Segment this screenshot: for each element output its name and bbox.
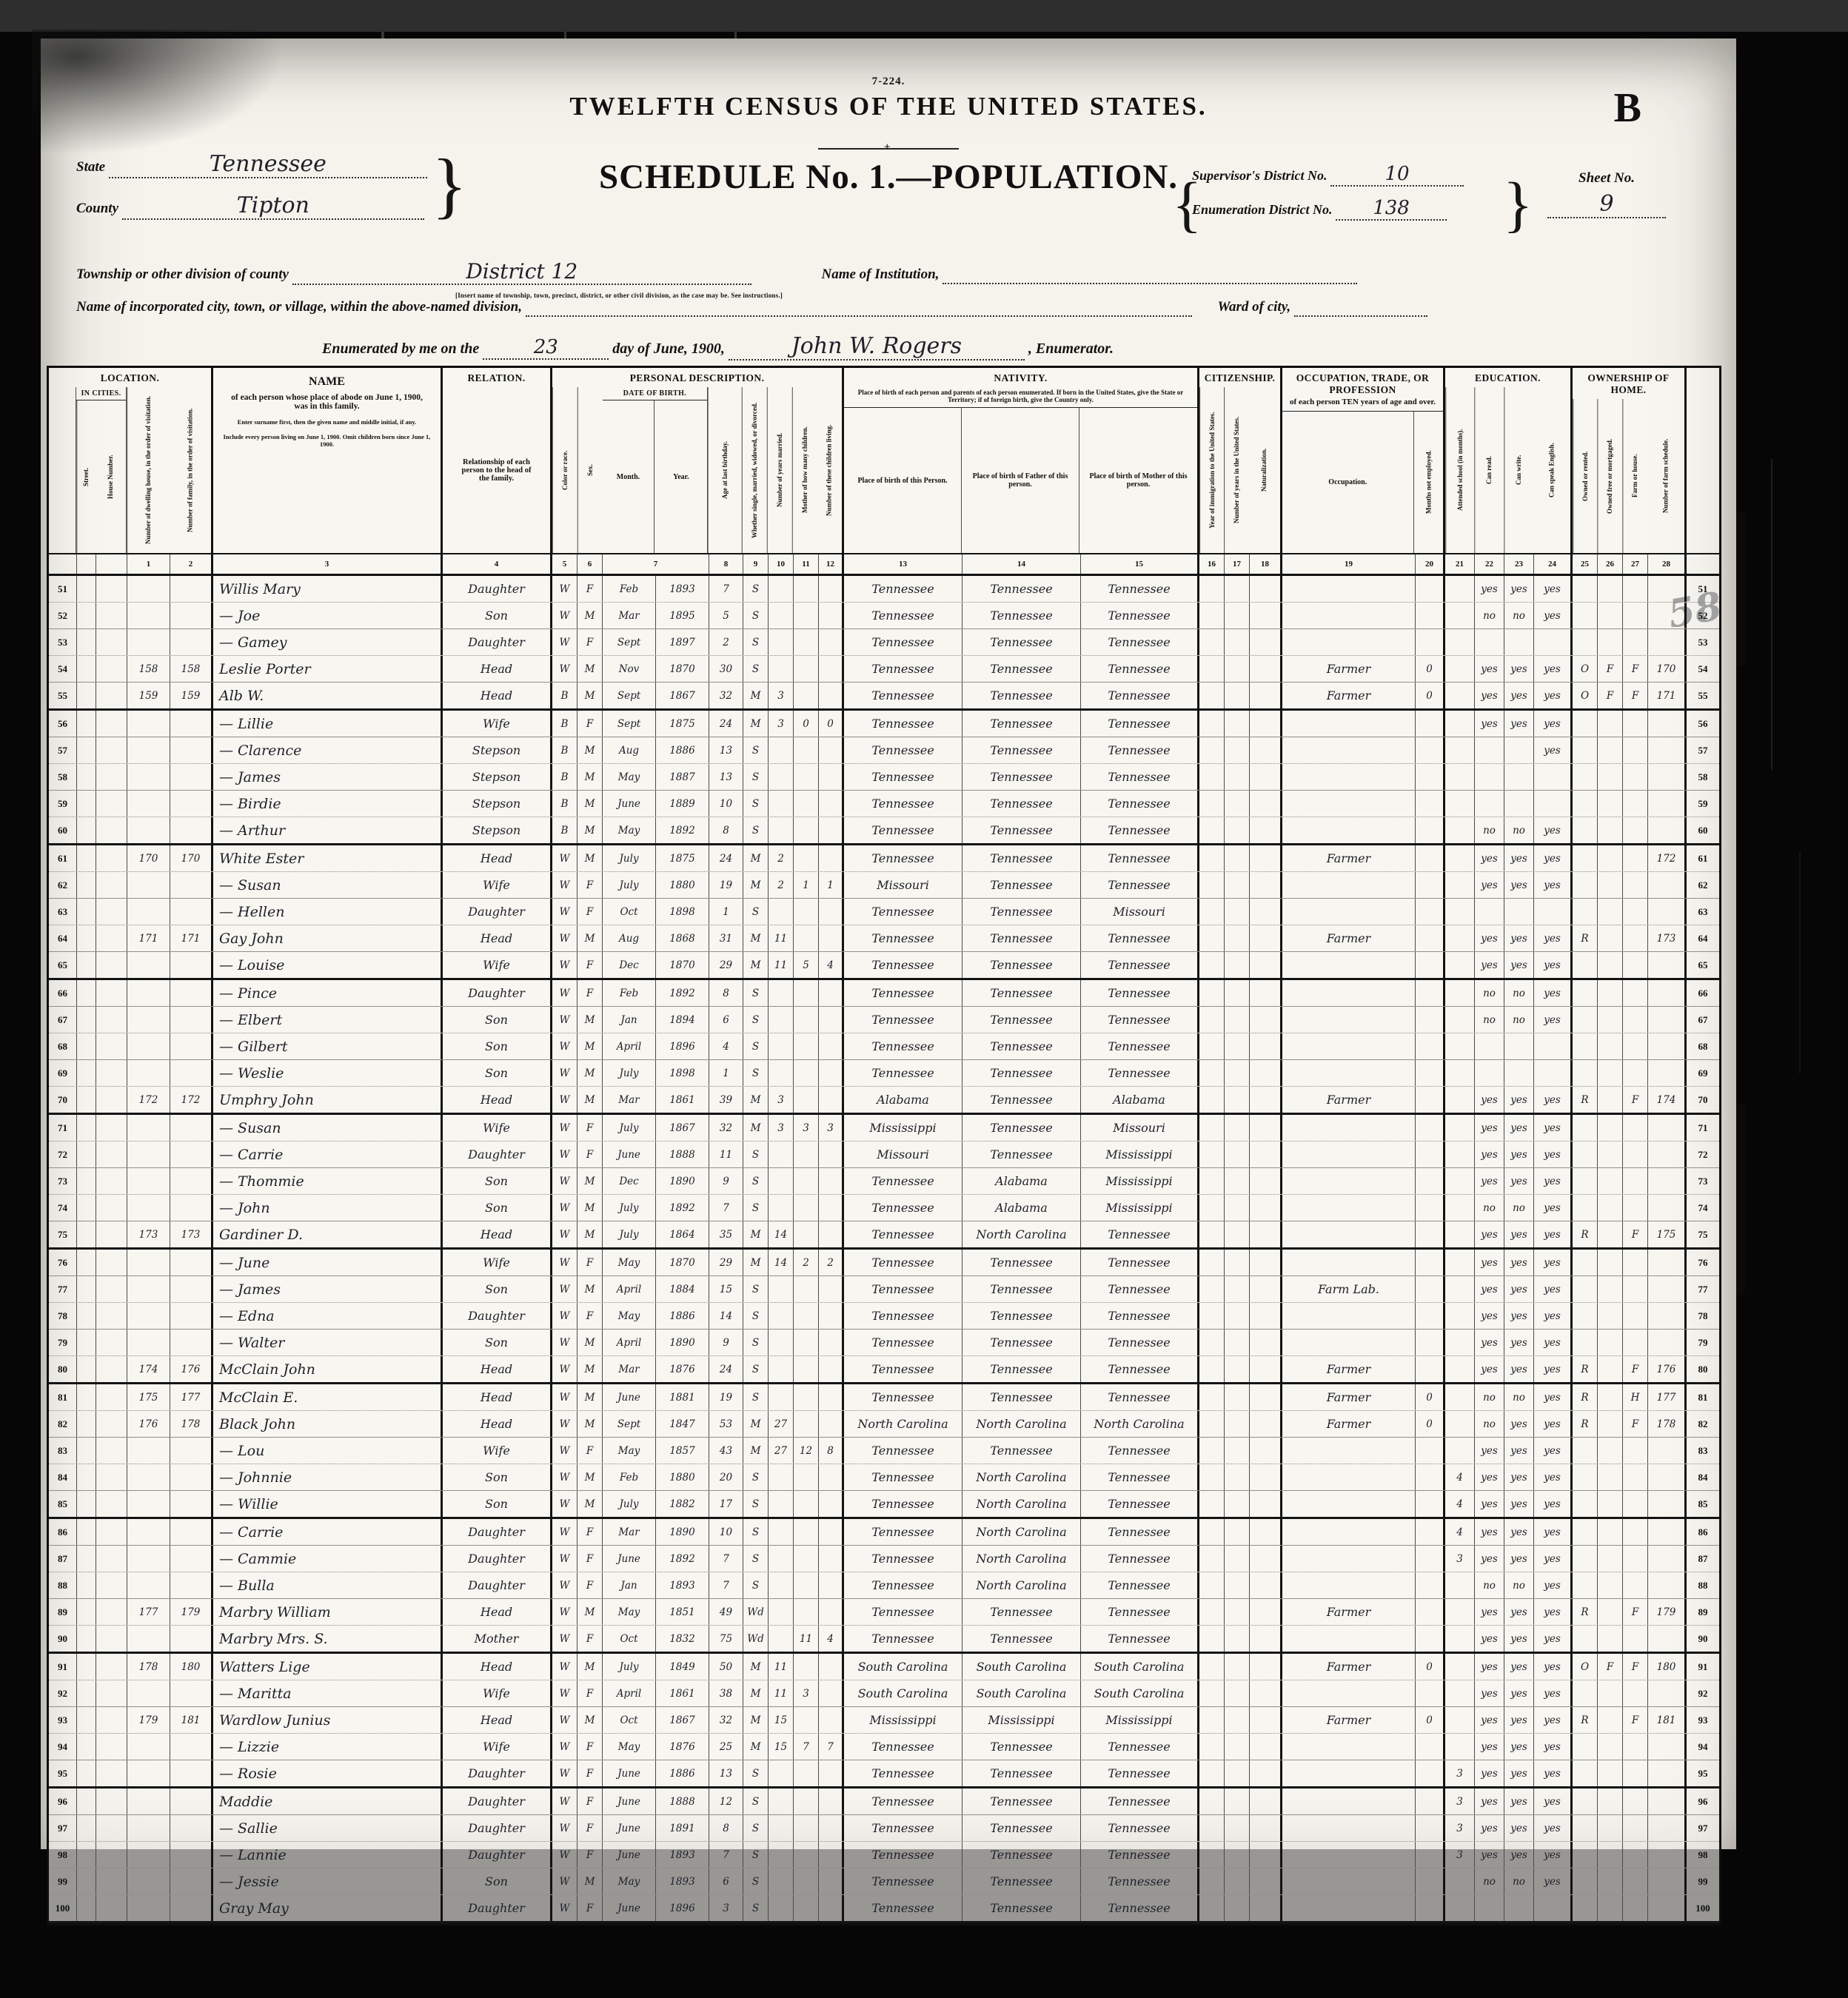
- cell-pb: Mississippi: [844, 1115, 962, 1141]
- cell-en: yes: [1534, 1303, 1573, 1329]
- cell-fs: [1648, 1519, 1687, 1545]
- cell-rel: Wife: [443, 1680, 552, 1706]
- cell-mc: [794, 1895, 819, 1921]
- cell-s: F: [577, 1895, 603, 1921]
- cell-rd: yes: [1475, 1599, 1504, 1625]
- owned-rented-header: Owned or rented.: [1573, 399, 1597, 553]
- cell-rel: Wife: [443, 1250, 552, 1275]
- cell-by: 1890: [656, 1168, 709, 1194]
- cell-wr: [1504, 791, 1534, 817]
- cell-fs: 176: [1648, 1356, 1687, 1382]
- cell-cl: 1: [819, 872, 844, 898]
- line-number: 97: [1687, 1815, 1719, 1841]
- cell-own: [1573, 603, 1598, 628]
- occupation-col-header: Occupation.: [1282, 412, 1414, 553]
- cell-by: 1892: [656, 1195, 709, 1221]
- cell-s: F: [577, 1115, 603, 1141]
- cell-fs: 175: [1648, 1221, 1687, 1247]
- cell-f: [170, 1626, 213, 1652]
- cell-own: [1573, 952, 1598, 978]
- cell-d: 177: [127, 1599, 170, 1625]
- cell-ym: [769, 1626, 794, 1652]
- cell-d: 170: [127, 845, 170, 871]
- cell-own: [1573, 845, 1598, 871]
- cell-m: M: [743, 925, 769, 951]
- cell-name: — Thommie: [213, 1168, 443, 1194]
- cell-pm: Tennessee: [1081, 629, 1199, 655]
- line-number: 62: [1687, 872, 1719, 898]
- cell-en: [1534, 629, 1573, 655]
- line-number: 63: [1687, 899, 1719, 925]
- cell-occ: [1282, 1842, 1416, 1868]
- cell-house: [96, 1707, 127, 1733]
- line-number: 98: [1687, 1842, 1719, 1868]
- cell-name: — Gamey: [213, 629, 443, 655]
- table-row: 79— WalterSonWMApril18909STennesseeTenne…: [49, 1330, 1719, 1356]
- cell-m: S: [743, 737, 769, 763]
- line-number: 61: [1687, 845, 1719, 871]
- cell-s: F: [577, 1734, 603, 1760]
- cell-yu: [1225, 1168, 1250, 1194]
- cell-street: [77, 1760, 96, 1786]
- cell-pf: Tennessee: [962, 1842, 1081, 1868]
- cell-occ: [1282, 1115, 1416, 1141]
- cell-nat: [1250, 1007, 1282, 1033]
- cell-s: F: [577, 980, 603, 1006]
- cell-fh: [1623, 1734, 1648, 1760]
- table-row: 80174176McClain JohnHeadWMMar187624STenn…: [49, 1356, 1719, 1384]
- name-note-1: Enter surname first, then the given name…: [222, 418, 432, 426]
- cell-pb: Tennessee: [844, 764, 962, 790]
- cell-s: M: [577, 1168, 603, 1194]
- cell-s: F: [577, 952, 603, 978]
- table-row: 93179181Wardlow JuniusHeadWMOct186732M15…: [49, 1707, 1719, 1734]
- cell-yi: [1199, 952, 1225, 978]
- cell-mc: [794, 1195, 819, 1221]
- location-group: LOCATION. IN CITIES. Street. House Numbe…: [49, 368, 213, 553]
- cell-street: [77, 845, 96, 871]
- cell-mc: [794, 1033, 819, 1059]
- cell-by: 1887: [656, 764, 709, 790]
- cell-street: [77, 1250, 96, 1275]
- cell-s: M: [577, 1060, 603, 1086]
- cell-pb: Tennessee: [844, 1868, 962, 1894]
- line-number: 89: [1687, 1599, 1719, 1625]
- cell-en: yes: [1534, 1654, 1573, 1680]
- cell-by: 1864: [656, 1221, 709, 1247]
- line-number: 91: [1687, 1654, 1719, 1680]
- cell-f: [170, 899, 213, 925]
- column-number: 16: [1199, 554, 1225, 574]
- cell-yu: [1225, 1789, 1250, 1814]
- cell-fm: [1598, 1707, 1623, 1733]
- table-row: 60— ArthurStepsonBMMay18928STennesseeTen…: [49, 817, 1719, 845]
- cell-rel: Wife: [443, 711, 552, 737]
- cell-yi: [1199, 1276, 1225, 1302]
- cell-s: M: [577, 1195, 603, 1221]
- table-row: 77— JamesSonWMApril188415STennesseeTenne…: [49, 1276, 1719, 1303]
- cell-sch: 3: [1445, 1842, 1475, 1868]
- line-number: 80: [49, 1356, 77, 1382]
- cell-occ: Farmer: [1282, 1356, 1416, 1382]
- cell-en: yes: [1534, 1221, 1573, 1247]
- county-label: County: [76, 201, 118, 216]
- cell-mc: [794, 1789, 819, 1814]
- cell-c: W: [552, 1438, 577, 1464]
- cell-occ: [1282, 899, 1416, 925]
- cell-pb: Mississippi: [844, 1707, 962, 1733]
- cell-cl: [819, 1868, 844, 1894]
- cell-by: 1849: [656, 1654, 709, 1680]
- cell-en: yes: [1534, 1734, 1573, 1760]
- cell-f: 176: [170, 1356, 213, 1382]
- cell-wr: [1504, 764, 1534, 790]
- cell-wr: [1504, 629, 1534, 655]
- cell-cl: [819, 629, 844, 655]
- cell-yi: [1199, 1464, 1225, 1490]
- cell-mne: [1416, 1115, 1445, 1141]
- cell-rd: no: [1475, 603, 1504, 628]
- cell-f: [170, 1115, 213, 1141]
- cell-ym: [769, 1060, 794, 1086]
- cell-f: [170, 1572, 213, 1598]
- cell-rel: Head: [443, 1599, 552, 1625]
- cell-street: [77, 1384, 96, 1410]
- cell-fm: [1598, 1680, 1623, 1706]
- district-block: Supervisor's District No. 10 Enumeration…: [1192, 163, 1464, 231]
- cell-en: yes: [1534, 1789, 1573, 1814]
- column-number: 23: [1504, 554, 1534, 574]
- cell-fs: [1648, 980, 1687, 1006]
- cell-occ: Farmer: [1282, 1707, 1416, 1733]
- cell-bm: June: [603, 791, 656, 817]
- can-read-header: Can read.: [1474, 387, 1503, 553]
- cell-m: S: [743, 1868, 769, 1894]
- cell-m: S: [743, 1519, 769, 1545]
- cell-mc: [794, 629, 819, 655]
- cell-yi: [1199, 576, 1225, 602]
- cell-fh: [1623, 629, 1648, 655]
- cell-fm: [1598, 980, 1623, 1006]
- cell-occ: [1282, 1626, 1416, 1652]
- column-number: 17: [1225, 554, 1250, 574]
- cell-pf: Tennessee: [962, 791, 1081, 817]
- cell-sch: [1445, 1356, 1475, 1382]
- cell-wr: yes: [1504, 1654, 1534, 1680]
- cell-c: W: [552, 1303, 577, 1329]
- cell-rd: yes: [1475, 1842, 1504, 1868]
- cell-ym: [769, 1572, 794, 1598]
- cell-yu: [1225, 711, 1250, 737]
- cell-wr: yes: [1504, 1842, 1534, 1868]
- cell-rd: yes: [1475, 1250, 1504, 1275]
- cell-rd: [1475, 791, 1504, 817]
- cell-f: [170, 1168, 213, 1194]
- cell-yi: [1199, 1760, 1225, 1786]
- cell-occ: [1282, 1221, 1416, 1247]
- table-row: 100Gray MayDaughterWFJune18963STennessee…: [49, 1895, 1719, 1923]
- cell-m: S: [743, 1895, 769, 1921]
- cell-c: W: [552, 576, 577, 602]
- cell-pf: Tennessee: [962, 764, 1081, 790]
- divider-ornament: [818, 148, 959, 150]
- cell-mne: [1416, 1142, 1445, 1167]
- film-scratch: [1799, 851, 1801, 1073]
- cell-fm: [1598, 629, 1623, 655]
- cell-pm: Tennessee: [1081, 980, 1199, 1006]
- cell-house: [96, 1115, 127, 1141]
- cell-own: [1573, 872, 1598, 898]
- cell-cl: 7: [819, 1734, 844, 1760]
- cell-house: [96, 872, 127, 898]
- cell-sch: [1445, 872, 1475, 898]
- cell-pm: Tennessee: [1081, 817, 1199, 843]
- cell-fs: [1648, 1572, 1687, 1598]
- cell-name: — Rosie: [213, 1760, 443, 1786]
- cell-m: Wd: [743, 1626, 769, 1652]
- cell-name: Leslie Porter: [213, 656, 443, 682]
- cell-pm: Alabama: [1081, 1087, 1199, 1113]
- cell-en: yes: [1534, 1115, 1573, 1141]
- line-number: 100: [1687, 1895, 1719, 1921]
- cell-mc: [794, 817, 819, 843]
- cell-rd: yes: [1475, 1438, 1504, 1464]
- table-row: 90Marbry Mrs. S.MotherWFOct183275Wd114Te…: [49, 1626, 1719, 1654]
- cell-own: R: [1573, 1384, 1598, 1410]
- table-row: 72— CarrieDaughterWFJune188811SMissouriT…: [49, 1142, 1719, 1168]
- cell-yi: [1199, 1895, 1225, 1921]
- cell-c: B: [552, 737, 577, 763]
- line-number: 96: [1687, 1789, 1719, 1814]
- cell-sch: [1445, 1142, 1475, 1167]
- table-row: 88— BullaDaughterWFJan18937STennesseeNor…: [49, 1572, 1719, 1599]
- personal-title: PERSONAL DESCRIPTION.: [552, 368, 842, 387]
- cell-nat: [1250, 1760, 1282, 1786]
- cell-yu: [1225, 576, 1250, 602]
- cell-name: — Joe: [213, 603, 443, 628]
- cell-mc: [794, 1168, 819, 1194]
- cell-fs: [1648, 1195, 1687, 1221]
- cell-yi: [1199, 1626, 1225, 1652]
- cell-own: R: [1573, 1707, 1598, 1733]
- table-header: LOCATION. IN CITIES. Street. House Numbe…: [49, 368, 1719, 553]
- cell-age: 31: [709, 925, 743, 951]
- cell-yu: [1225, 845, 1250, 871]
- cell-fh: [1623, 872, 1648, 898]
- cell-en: yes: [1534, 1464, 1573, 1490]
- line-number: 58: [49, 764, 77, 790]
- cell-house: [96, 1438, 127, 1464]
- cell-mc: 12: [794, 1438, 819, 1464]
- cell-ym: 27: [769, 1411, 794, 1437]
- cell-house: [96, 1680, 127, 1706]
- line-number: 95: [49, 1760, 77, 1786]
- cell-ym: [769, 1356, 794, 1382]
- family-number-header: Number of family, in the order of visita…: [169, 387, 211, 553]
- cell-fs: 173: [1648, 925, 1687, 951]
- cell-fs: [1648, 1438, 1687, 1464]
- cell-f: [170, 1250, 213, 1275]
- cell-wr: yes: [1504, 925, 1534, 951]
- cell-pm: Tennessee: [1081, 1842, 1199, 1868]
- cell-street: [77, 1007, 96, 1033]
- cell-s: M: [577, 1221, 603, 1247]
- cell-pf: Tennessee: [962, 656, 1081, 682]
- line-number: 90: [49, 1626, 77, 1652]
- cell-pf: Tennessee: [962, 1033, 1081, 1059]
- table-row: 56— LillieWifeBFSept187524M300TennesseeT…: [49, 711, 1719, 737]
- cell-yu: [1225, 1356, 1250, 1382]
- cell-yu: [1225, 1815, 1250, 1841]
- cell-yi: [1199, 711, 1225, 737]
- pob-mother-header: Place of birth of Mother of this person.: [1079, 408, 1197, 553]
- cell-name: Marbry William: [213, 1599, 443, 1625]
- cell-house: [96, 1303, 127, 1329]
- cell-bm: June: [603, 1895, 656, 1921]
- cell-street: [77, 683, 96, 708]
- cell-name: White Ester: [213, 845, 443, 871]
- cell-yu: [1225, 1626, 1250, 1652]
- cell-pf: Tennessee: [962, 1868, 1081, 1894]
- cell-bm: July: [603, 1195, 656, 1221]
- cell-house: [96, 1519, 127, 1545]
- cell-pm: Tennessee: [1081, 576, 1199, 602]
- cell-yu: [1225, 1276, 1250, 1302]
- cell-age: 7: [709, 576, 743, 602]
- cell-d: [127, 1438, 170, 1464]
- cell-sch: [1445, 1195, 1475, 1221]
- cell-street: [77, 603, 96, 628]
- cell-name: — Lannie: [213, 1842, 443, 1868]
- cell-own: [1573, 629, 1598, 655]
- cell-by: 1851: [656, 1599, 709, 1625]
- cell-age: 2: [709, 629, 743, 655]
- cell-street: [77, 737, 96, 763]
- cell-occ: [1282, 737, 1416, 763]
- cell-mne: [1416, 980, 1445, 1006]
- cell-pf: Tennessee: [962, 952, 1081, 978]
- cell-s: M: [577, 845, 603, 871]
- cell-f: [170, 1895, 213, 1921]
- cell-c: W: [552, 1654, 577, 1680]
- cell-own: [1573, 1195, 1598, 1221]
- cell-mc: [794, 791, 819, 817]
- cell-name: Marbry Mrs. S.: [213, 1626, 443, 1652]
- cell-occ: [1282, 791, 1416, 817]
- cell-nat: [1250, 1842, 1282, 1868]
- cell-s: F: [577, 1303, 603, 1329]
- cell-pb: Tennessee: [844, 1384, 962, 1410]
- cell-name: — Clarence: [213, 737, 443, 763]
- line-number: 94: [1687, 1734, 1719, 1760]
- cell-wr: no: [1504, 980, 1534, 1006]
- cell-rel: Daughter: [443, 1303, 552, 1329]
- cell-yi: [1199, 1599, 1225, 1625]
- enumeration-district-value: 138: [1373, 197, 1410, 219]
- line-number: 65: [49, 952, 77, 978]
- cell-fm: [1598, 1250, 1623, 1275]
- cell-rel: Daughter: [443, 576, 552, 602]
- cell-yi: [1199, 1221, 1225, 1247]
- cell-pm: Tennessee: [1081, 1734, 1199, 1760]
- table-row: 74— JohnSonWMJuly18927STennesseeAlabamaM…: [49, 1195, 1719, 1221]
- cell-en: yes: [1534, 1195, 1573, 1221]
- cell-en: yes: [1534, 1680, 1573, 1706]
- cell-yu: [1225, 1033, 1250, 1059]
- cell-rd: yes: [1475, 1654, 1504, 1680]
- cell-name: Watters Lige: [213, 1654, 443, 1680]
- cell-rd: no: [1475, 1384, 1504, 1410]
- cell-by: 1888: [656, 1789, 709, 1814]
- cell-fh: F: [1623, 1356, 1648, 1382]
- cell-pf: Tennessee: [962, 737, 1081, 763]
- cell-f: [170, 1734, 213, 1760]
- in-cities-group: IN CITIES. Street. House Number.: [76, 387, 126, 553]
- cell-ym: [769, 737, 794, 763]
- column-number: 22: [1475, 554, 1504, 574]
- cell-sch: 3: [1445, 1760, 1475, 1786]
- cell-fs: [1648, 603, 1687, 628]
- cell-bm: May: [603, 1438, 656, 1464]
- cell-age: 6: [709, 1007, 743, 1033]
- cell-fs: [1648, 1546, 1687, 1572]
- cell-en: yes: [1534, 1626, 1573, 1652]
- cell-nat: [1250, 1221, 1282, 1247]
- cell-fm: [1598, 1438, 1623, 1464]
- line-number: 85: [49, 1491, 77, 1517]
- cell-occ: [1282, 1789, 1416, 1814]
- cell-nat: [1250, 764, 1282, 790]
- cell-sch: [1445, 925, 1475, 951]
- cell-mne: [1416, 791, 1445, 817]
- cell-m: S: [743, 629, 769, 655]
- cell-fh: [1623, 1033, 1648, 1059]
- cell-pf: North Carolina: [962, 1464, 1081, 1490]
- line-number: 86: [1687, 1519, 1719, 1545]
- cell-own: [1573, 1142, 1598, 1167]
- enumerated-mid: day of June, 1900,: [612, 341, 725, 357]
- cell-bm: June: [603, 1815, 656, 1841]
- cell-en: yes: [1534, 603, 1573, 628]
- cell-cl: [819, 1060, 844, 1086]
- cell-rd: yes: [1475, 1087, 1504, 1113]
- cell-street: [77, 1438, 96, 1464]
- cell-house: [96, 1734, 127, 1760]
- cell-pf: North Carolina: [962, 1411, 1081, 1437]
- cell-name: — Sallie: [213, 1815, 443, 1841]
- cell-by: 1893: [656, 1842, 709, 1868]
- cell-fm: [1598, 1895, 1623, 1921]
- cell-rd: [1475, 629, 1504, 655]
- line-number: 82: [1687, 1411, 1719, 1437]
- column-number: 8: [709, 554, 743, 574]
- cell-name: Maddie: [213, 1789, 443, 1814]
- cell-fm: [1598, 1734, 1623, 1760]
- cell-fm: [1598, 1168, 1623, 1194]
- cell-yu: [1225, 1060, 1250, 1086]
- cell-bm: Feb: [603, 980, 656, 1006]
- cell-bm: July: [603, 872, 656, 898]
- cell-fh: [1623, 1519, 1648, 1545]
- cell-fm: F: [1598, 683, 1623, 708]
- cell-rel: Mother: [443, 1626, 552, 1652]
- cell-f: 171: [170, 925, 213, 951]
- cell-age: 13: [709, 737, 743, 763]
- cell-c: W: [552, 1007, 577, 1033]
- cell-own: [1573, 899, 1598, 925]
- cell-mc: 7: [794, 1734, 819, 1760]
- cell-pm: Tennessee: [1081, 1572, 1199, 1598]
